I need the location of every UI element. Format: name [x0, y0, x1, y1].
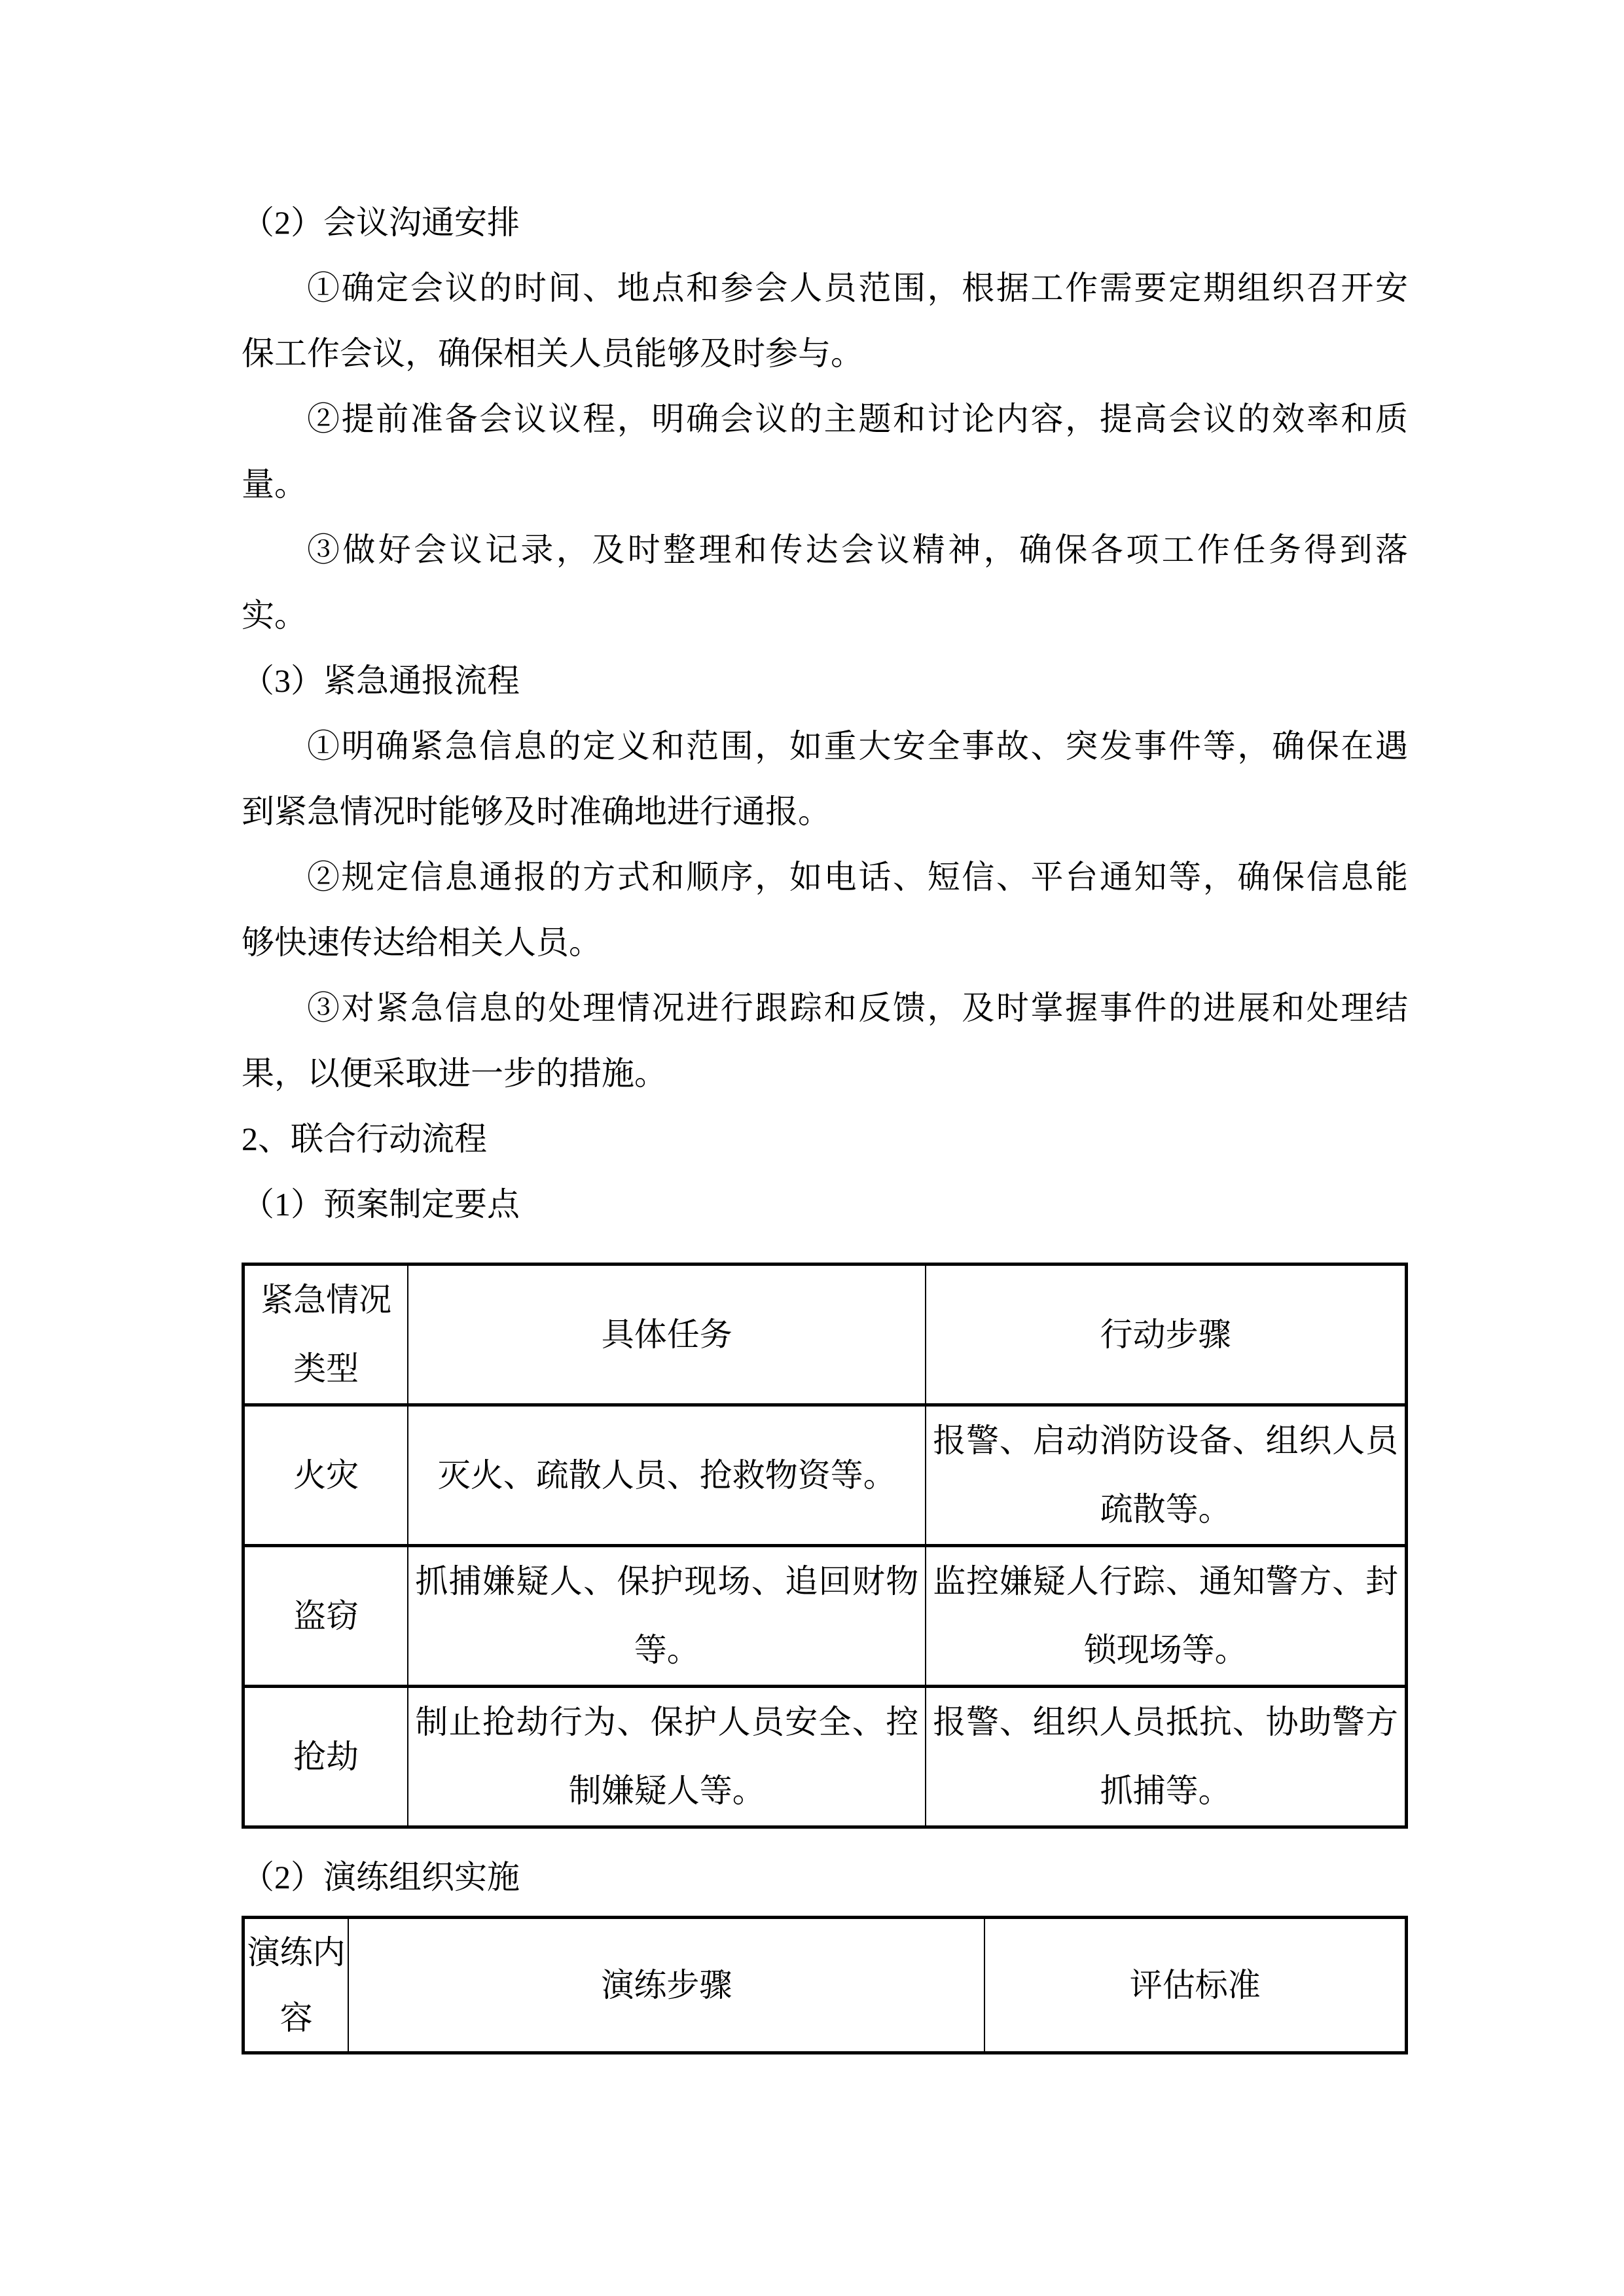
- text-line: （3）紧急通报流程: [242, 648, 1408, 713]
- text-line: ②提前准备会议议程，明确会议的主题和讨论内容，提高会议的效率和质: [242, 386, 1408, 452]
- cell-text-line: 抢劫: [251, 1723, 401, 1791]
- emergency-plan-table: 紧急情况类型具体任务行动步骤火灾灭火、疏散人员、抢救物资等。报警、启动消防设备、…: [242, 1263, 1408, 1829]
- text-line: 实。: [242, 583, 1408, 648]
- cell-text-line: 监控嫌疑人行踪、通知警方、封: [933, 1547, 1398, 1616]
- text-line: 果，以便采取进一步的措施。: [242, 1041, 1408, 1106]
- table-row: 抢劫制止抢劫行为、保护人员安全、控制嫌疑人等。报警、组织人员抵抗、协助警方抓捕等…: [244, 1687, 1407, 1827]
- document-page: （2）会议沟通安排①确定会议的时间、地点和参会人员范围，根据工作需要定期组织召开…: [0, 0, 1624, 2296]
- table-cell: 制止抢劫行为、保护人员安全、控制嫌疑人等。: [408, 1687, 926, 1827]
- table-cell: 盗窃: [244, 1546, 408, 1687]
- content-area: （2）会议沟通安排①确定会议的时间、地点和参会人员范围，根据工作需要定期组织召开…: [242, 190, 1408, 2054]
- table-cell: 报警、组织人员抵抗、协助警方抓捕等。: [926, 1687, 1406, 1827]
- table-cell: 演练内容: [244, 1918, 349, 2053]
- cell-text-line: 演练步骤: [355, 1952, 977, 2018]
- table-row: 盗窃抓捕嫌疑人、保护现场、追回财物等。监控嫌疑人行踪、通知警方、封锁现场等。: [244, 1546, 1407, 1687]
- table-cell: 报警、启动消防设备、组织人员疏散等。: [926, 1405, 1406, 1546]
- cell-text-line: 评估标准: [992, 1952, 1398, 2018]
- table-cell: 评估标准: [984, 1918, 1406, 2053]
- cell-text-line: 行动步骤: [933, 1300, 1398, 1369]
- table-cell: 抓捕嫌疑人、保护现场、追回财物等。: [408, 1546, 926, 1687]
- text-line: 2、联合行动流程: [242, 1106, 1408, 1172]
- cell-text-line: 制嫌疑人等。: [415, 1757, 918, 1825]
- text-line: （2）会议沟通安排: [242, 190, 1408, 255]
- cell-text-line: 锁现场等。: [933, 1616, 1398, 1685]
- cell-text-line: 具体任务: [415, 1300, 918, 1369]
- table-cell: 演练步骤: [348, 1918, 984, 2053]
- table-cell: 紧急情况类型: [244, 1265, 408, 1405]
- cell-text-line: 紧急情况: [251, 1266, 401, 1335]
- table-cell: 监控嫌疑人行踪、通知警方、封锁现场等。: [926, 1546, 1406, 1687]
- body-text: （2）会议沟通安排①确定会议的时间、地点和参会人员范围，根据工作需要定期组织召开…: [242, 190, 1408, 1237]
- text-line: ③做好会议记录，及时整理和传达会议精神，确保各项工作任务得到落: [242, 517, 1408, 583]
- text-line: （1）预案制定要点: [242, 1172, 1408, 1237]
- table-cell: 火灾: [244, 1405, 408, 1546]
- cell-text-line: 抓捕等。: [933, 1757, 1398, 1825]
- table-header-row: 演练内容演练步骤评估标准: [244, 1918, 1407, 2053]
- text-line: 保工作会议，确保相关人员能够及时参与。: [242, 321, 1408, 386]
- text-line: 够快速传达给相关人员。: [242, 910, 1408, 975]
- table-row: 火灾灭火、疏散人员、抢救物资等。报警、启动消防设备、组织人员疏散等。: [244, 1405, 1407, 1546]
- cell-text-line: 类型: [251, 1335, 401, 1403]
- cell-text-line: 灭火、疏散人员、抢救物资等。: [415, 1441, 918, 1510]
- cell-text-line: 抓捕嫌疑人、保护现场、追回财物: [415, 1547, 918, 1616]
- text-line: ③对紧急信息的处理情况进行跟踪和反馈，及时掌握事件的进展和处理结: [242, 975, 1408, 1041]
- subheading-drill-implementation: （2）演练组织实施: [242, 1844, 1408, 1910]
- text-line: 量。: [242, 452, 1408, 517]
- drill-organization-table: 演练内容演练步骤评估标准: [242, 1916, 1408, 2054]
- cell-text-line: 火灾: [251, 1441, 401, 1510]
- text-line: 到紧急情况时能够及时准确地进行通报。: [242, 779, 1408, 844]
- table-cell: 抢劫: [244, 1687, 408, 1827]
- cell-text-line: 容: [246, 1985, 346, 2051]
- text-line: ①明确紧急信息的定义和范围，如重大安全事故、突发事件等，确保在遇: [242, 713, 1408, 779]
- cell-text-line: 疏散等。: [933, 1475, 1398, 1544]
- cell-text-line: 演练内: [246, 1920, 346, 1985]
- cell-text-line: 报警、启动消防设备、组织人员: [933, 1407, 1398, 1475]
- cell-text-line: 报警、组织人员抵抗、协助警方: [933, 1688, 1398, 1757]
- cell-text-line: 制止抢劫行为、保护人员安全、控: [415, 1688, 918, 1757]
- table-header-row: 紧急情况类型具体任务行动步骤: [244, 1265, 1407, 1405]
- table-cell: 具体任务: [408, 1265, 926, 1405]
- table-cell: 行动步骤: [926, 1265, 1406, 1405]
- cell-text-line: 盗窃: [251, 1582, 401, 1651]
- table-cell: 灭火、疏散人员、抢救物资等。: [408, 1405, 926, 1546]
- text-line: ①确定会议的时间、地点和参会人员范围，根据工作需要定期组织召开安: [242, 255, 1408, 321]
- cell-text-line: 等。: [415, 1616, 918, 1685]
- text-line: ②规定信息通报的方式和顺序，如电话、短信、平台通知等，确保信息能: [242, 844, 1408, 910]
